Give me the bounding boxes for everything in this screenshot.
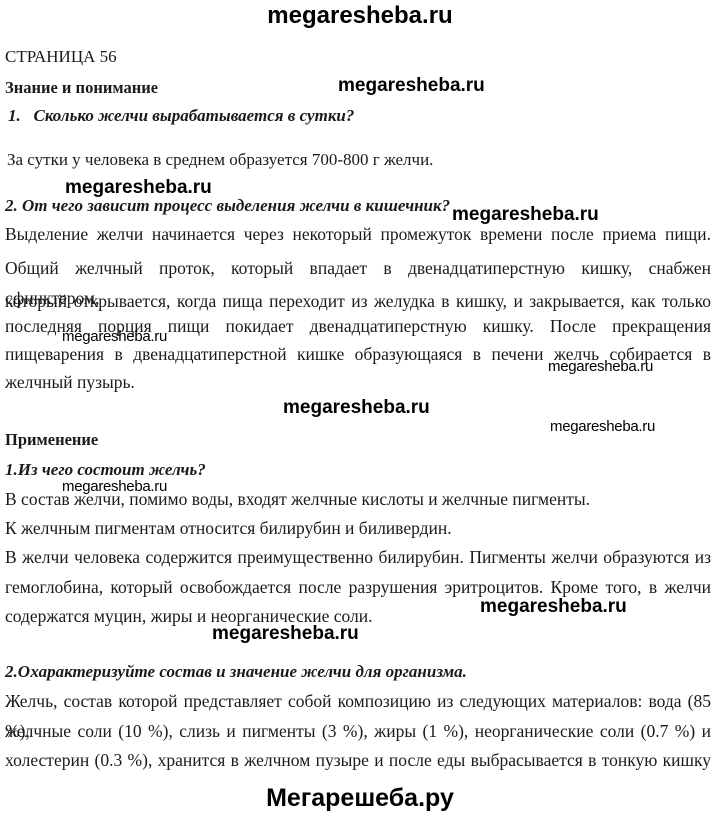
answer-3-line: В желчи человека содержится преимуществе… [5, 542, 711, 572]
watermark: megaresheba.ru [480, 596, 627, 618]
question-2: 2. От чего зависит процесс выделения жел… [5, 196, 450, 216]
watermark: megaresheba.ru [338, 75, 485, 97]
watermark: megaresheba.ru [548, 358, 653, 375]
answer-2-line: желчный пузырь. [5, 367, 135, 397]
watermark: megaresheba.ru [550, 418, 655, 435]
question-4: 2.Охарактеризуйте состав и значение желч… [5, 662, 467, 682]
answer-3-line: К желчным пигментам относится билирубин … [5, 513, 452, 543]
answer-4-line: желчные соли (10 %), слизь и пигменты (3… [5, 716, 711, 746]
answer-4-line: холестерин (0.3 %), хранится в желчном п… [5, 745, 711, 775]
watermark: megaresheba.ru [283, 397, 430, 419]
section-title-application: Применение [5, 430, 98, 450]
section-title-knowledge: Знание и понимание [5, 78, 158, 98]
watermark: megaresheba.ru [212, 623, 359, 645]
question-3: 1.Из чего состоит желчь? [5, 460, 206, 480]
answer-1: За сутки у человека в среднем образуется… [7, 145, 433, 175]
answer-2-line: Выделение желчи начинается через некотор… [5, 219, 711, 249]
header-watermark[interactable]: megaresheba.ru [0, 2, 720, 30]
question-1: 1. Сколько желчи вырабатывается в сутки? [8, 106, 354, 126]
footer-watermark[interactable]: Мегарешеба.ру [0, 784, 720, 813]
answer-3-line: В состав желчи, помимо воды, входят желч… [5, 484, 590, 514]
page-label: СТРАНИЦА 56 [5, 47, 117, 67]
